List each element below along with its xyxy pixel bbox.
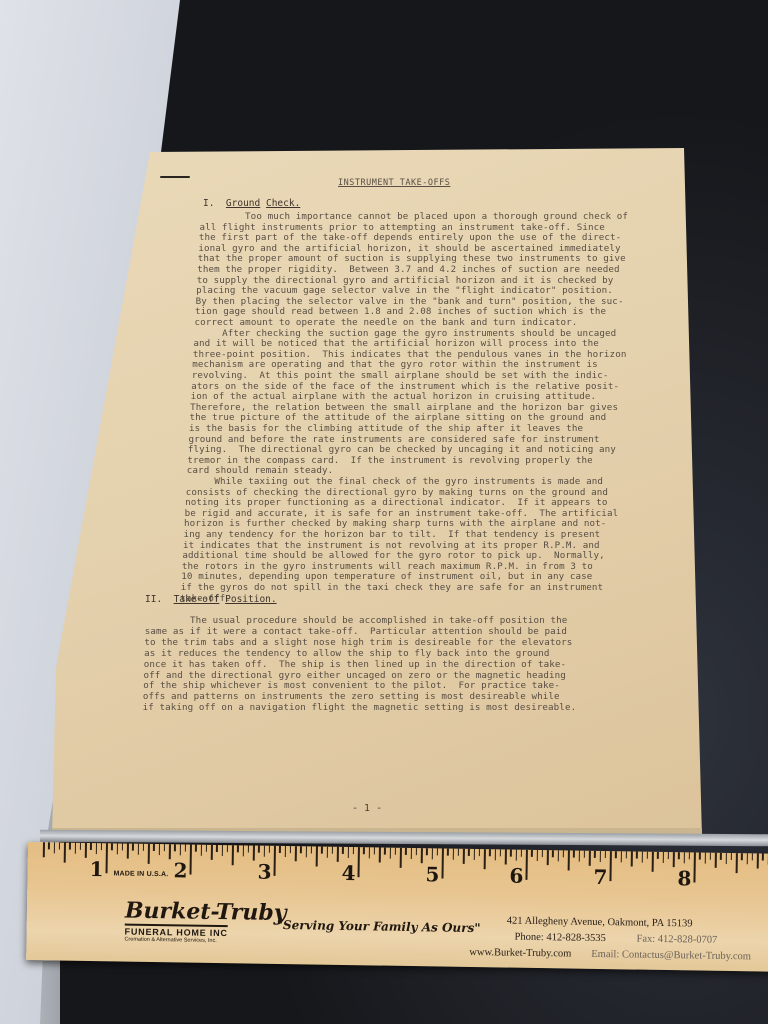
ruler-tick: [248, 845, 250, 852]
ruler-tick: [452, 849, 454, 860]
section-1-heading-word-1: Ground: [226, 198, 260, 209]
ruler-tick: [164, 844, 166, 851]
ruler-tick: [510, 850, 512, 857]
ruler-tick: [368, 847, 370, 858]
ruler-tick: [668, 852, 670, 859]
page-number: - 1 -: [352, 803, 382, 814]
ruler-tick: [484, 849, 486, 869]
ruler-tick: [337, 847, 339, 862]
ruler-tick: [515, 850, 517, 861]
ruler-tick: [111, 843, 113, 850]
ruler-tick: [626, 851, 628, 858]
ruler-tick: [206, 845, 208, 852]
section-2-number: II.: [145, 594, 162, 605]
ruler-tick: [116, 843, 118, 854]
ruler-tick: [273, 846, 275, 876]
ruler-tick: [279, 846, 281, 853]
ruler-tick: [421, 848, 423, 863]
website: www.Burket-Truby.com: [469, 947, 571, 960]
staple-mark: [160, 176, 190, 178]
section-2-heading-word-1: Take-off: [174, 594, 220, 605]
ruler-tick: [300, 846, 302, 853]
ruler-tick: [652, 852, 654, 872]
ruler-tick: [357, 847, 359, 877]
ruler-tick: [531, 850, 533, 857]
ruler-tick: [284, 846, 286, 857]
ruler-tick: [715, 853, 717, 868]
ruler-tick: [69, 843, 71, 850]
ruler-tick: [568, 850, 570, 870]
ruler-tick: [253, 846, 255, 861]
ruler-inch-label: 6: [509, 864, 523, 888]
ruler-inch-label: 5: [425, 862, 439, 886]
ruler-tick: [489, 849, 491, 856]
ruler-tick: [169, 844, 171, 859]
ruler-tick: [683, 852, 685, 863]
ruler-tick: [584, 851, 586, 858]
ruler-tick: [332, 847, 334, 854]
typed-line: once it has taken off. The ship is then …: [144, 660, 566, 671]
ruler-tick: [410, 848, 412, 859]
ruler-tick: [195, 845, 197, 852]
section-1-heading-word-2: Check.: [266, 198, 300, 209]
ruler-tick: [353, 847, 355, 854]
ruler-tick: [85, 843, 87, 858]
address: 421 Allegheny Avenue, Oakmont, PA 15139: [507, 916, 693, 930]
ruler-tick: [190, 845, 192, 875]
ruler-tick: [594, 851, 596, 858]
ruler-tick: [290, 846, 292, 853]
ruler-tick: [599, 851, 601, 862]
ruler-tick: [295, 846, 297, 861]
ruler-tick: [720, 853, 722, 860]
ruler-inch-label: 8: [677, 866, 691, 890]
ruler-tick: [363, 847, 365, 854]
ruler-tick: [263, 846, 265, 857]
ruler-tick: [657, 852, 659, 859]
ruler-tick: [463, 849, 465, 864]
ruler-tick: [316, 847, 318, 867]
ruler-tick: [437, 848, 439, 855]
ruler-tick: [752, 853, 754, 860]
ruler-tick: [127, 844, 129, 859]
typed-line: as it reduces the tendency to allow the …: [144, 649, 549, 660]
ruler-tick: [678, 852, 680, 859]
ruler-tick: [101, 843, 103, 850]
ruler-tick: [693, 852, 695, 882]
ruler-tick: [494, 849, 496, 860]
ruler-tick: [347, 847, 349, 858]
ruler-tick: [662, 852, 664, 863]
ruler-tick: [74, 843, 76, 854]
ruler-tick: [174, 844, 176, 851]
ruler-tick: [521, 850, 523, 857]
ruler-tick: [757, 853, 759, 868]
ruler-tick: [557, 850, 559, 861]
ruler-inch-label: 2: [173, 858, 187, 882]
ruler-tick: [447, 849, 449, 856]
ruler-tick: [689, 852, 691, 859]
ruler-tick: [542, 850, 544, 857]
ruler-tick: [211, 845, 213, 860]
ruler-tick: [216, 845, 218, 852]
ruler-tick: [137, 844, 139, 855]
section-2-heading-word-2: Position.: [225, 594, 276, 605]
ruler-tick: [227, 845, 229, 852]
made-in-label: MADE IN U.S.A.: [113, 870, 168, 878]
brand-tagline: Cremation & Alternative Services, Inc.: [124, 937, 216, 944]
ruler-tick: [704, 853, 706, 864]
ruler-tick: [673, 852, 675, 867]
ruler-tick: [389, 848, 391, 859]
ruler-tick: [605, 851, 607, 858]
ruler-tick: [573, 851, 575, 858]
ruler-tick: [500, 849, 502, 856]
ruler-tick: [132, 844, 134, 851]
ruler-tick: [269, 846, 271, 853]
ruler-tick: [405, 848, 407, 855]
fax: Fax: 412-828-0707: [636, 934, 717, 946]
document-title: INSTRUMENT TAKE-OFFS: [338, 178, 450, 188]
ruler-tick: [185, 844, 187, 851]
ruler-tick: [379, 848, 381, 863]
ruler-tick: [609, 851, 611, 881]
ruler-tick: [416, 848, 418, 855]
ruler-tick: [321, 847, 323, 854]
email: Email: Contactus@Burket-Truby.com: [591, 949, 751, 963]
ruler-tick: [458, 849, 460, 856]
ruler-tick: [311, 846, 313, 853]
ruler-tick: [615, 851, 617, 858]
ruler-tick: [305, 846, 307, 857]
ruler-tick: [258, 846, 260, 853]
ruler-tick: [53, 842, 55, 853]
ruler-tick: [536, 850, 538, 861]
ruler-tick: [43, 842, 45, 857]
ruler-tick: [731, 853, 733, 860]
ruler-tick: [242, 845, 244, 856]
ruler-tick: [179, 844, 181, 855]
ruler-tick: [468, 849, 470, 856]
ruler-tick: [232, 845, 234, 865]
ruler-tick: [631, 851, 633, 866]
ruler-tick: [741, 853, 743, 860]
ruler-tick: [699, 853, 701, 860]
ruler-tick: [374, 847, 376, 854]
ruler-tick: [725, 853, 727, 864]
ruler-tick: [441, 849, 443, 879]
ruler-tick: [431, 848, 433, 859]
ruler-tick: [547, 850, 549, 865]
ruler-tick: [473, 849, 475, 860]
ruler-tick: [90, 843, 92, 850]
typed-line: if taking off on a navigation flight the…: [143, 703, 577, 714]
brand-logo: Burket-Truby: [125, 898, 287, 927]
typed-line: if the gyros do not spill in the taxi ch…: [181, 583, 603, 594]
ruler-tick: [578, 851, 580, 862]
ruler-tick: [143, 844, 145, 851]
ruler-inch-label: 3: [257, 860, 271, 884]
ruler-tick: [342, 847, 344, 854]
ruler-tick: [95, 843, 97, 854]
section-1-number: I.: [203, 198, 214, 209]
ruler-tick: [641, 852, 643, 863]
ruler-tick: [80, 843, 82, 850]
ruler-inch-label: 7: [593, 865, 607, 889]
section-1-heading: I. Ground Check.: [203, 198, 300, 209]
section-2-heading: II. Take-off Position.: [145, 594, 277, 605]
ruler-tick: [647, 852, 649, 859]
ruler-tick: [746, 853, 748, 864]
ruler-tick: [426, 848, 428, 855]
ruler-tick: [395, 848, 397, 855]
ruler-tick: [384, 848, 386, 855]
ruler-tick: [237, 845, 239, 852]
typed-line: to the trim tabs and a slight nose high …: [144, 638, 572, 649]
ruler-tick: [762, 854, 764, 861]
ruler-inch-label: 1: [89, 857, 103, 881]
ruler-tick: [620, 851, 622, 862]
ruler-tick: [589, 851, 591, 866]
ruler-tick: [153, 844, 155, 851]
ruler-tick: [106, 843, 108, 873]
ruler-tick: [552, 850, 554, 857]
ruler-tick: [710, 853, 712, 860]
ruler-tick: [48, 842, 50, 849]
ruler-tick: [479, 849, 481, 856]
ruler-tick: [64, 843, 66, 863]
ruler-tick: [326, 847, 328, 858]
phone: Phone: 412-828-3535: [514, 932, 605, 944]
ruler-tick: [525, 850, 527, 880]
ruler-tick: [563, 850, 565, 857]
ruler-tick: [122, 843, 124, 850]
ruler-tick: [221, 845, 223, 856]
ruler-tick: [148, 844, 150, 864]
slogan: "Serving Your Family As Ours": [277, 918, 481, 935]
ruler-tick: [400, 848, 402, 868]
ruler-tick: [158, 844, 160, 855]
ruler-tick: [59, 842, 61, 849]
ruler-tick: [200, 845, 202, 856]
ruler-inch-label: 4: [341, 861, 355, 885]
wooden-ruler: 12345678 MADE IN U.S.A. Burket-Truby FUN…: [26, 842, 768, 972]
ruler-tick: [636, 852, 638, 859]
ruler-tick: [505, 849, 507, 864]
ruler-tick: [736, 853, 738, 873]
